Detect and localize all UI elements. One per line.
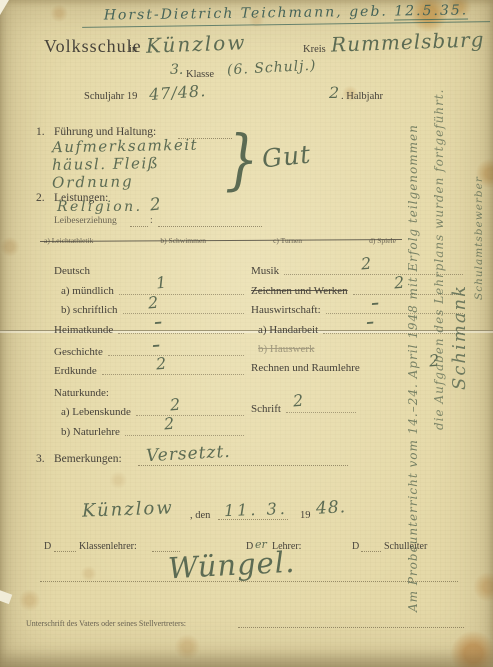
subjects-left-column: Deutsch a) mündlich 1 b) schriftlich 2 H… <box>54 259 250 439</box>
margin-note-outer: Am Probeunterricht vom 14.–24. April 194… <box>406 132 424 612</box>
conduct-brace: } <box>225 129 259 192</box>
date-place-handwritten: Künzlow <box>82 497 174 521</box>
year-printed: 19 <box>300 510 311 521</box>
klassenlehrer-label: Klassenlehrer: <box>79 541 137 552</box>
leader-dots <box>119 293 244 295</box>
pe-colon: : <box>150 215 153 226</box>
subject-label: Deutsch <box>54 264 90 278</box>
in-label: in <box>129 44 137 55</box>
subject-label: Naturkunde: <box>54 386 109 400</box>
subject-row: Naturkunde: <box>54 380 250 399</box>
religion-handwritten: Religion. <box>57 199 143 215</box>
margin-signature: Schimank <box>449 130 473 390</box>
pe-label: Leibeserziehung <box>54 216 117 226</box>
subject-label: Hauswirtschaft: <box>251 303 321 317</box>
date-daymonth-handwritten: 11. 3. <box>224 499 288 520</box>
section2-number: 2. <box>36 192 45 204</box>
leader-dots <box>102 373 244 375</box>
subject-label: a) Lebenskunde <box>54 405 131 419</box>
leader-dots <box>125 434 244 436</box>
conduct-item-3: Ordnung <box>52 172 134 191</box>
leader-dots <box>54 550 76 552</box>
d1-label: D <box>44 541 51 552</box>
year-handwritten: 48. <box>315 497 346 519</box>
leader-dots <box>361 550 381 552</box>
subject-grade: 2 <box>163 414 176 434</box>
subject-grade: – <box>365 312 376 332</box>
school-type-label: Volksschule <box>44 36 142 57</box>
class-label: Klasse <box>186 69 214 80</box>
conduct-item-2: häusl. Fleiß <box>52 154 160 174</box>
subject-row: Erdkunde 2 <box>54 359 250 378</box>
subject-label-struck: b) Hauswerk <box>251 342 315 356</box>
leader-dots <box>118 332 244 334</box>
halbjahr-label: . Halbjahr <box>341 91 383 102</box>
schuljahr-handwritten: 47/48. <box>148 81 206 104</box>
margin-note-inner: die Aufgaben des Lehrplans wurden fortge… <box>432 130 448 430</box>
subject-grade: – <box>151 334 162 354</box>
subject-row: b) schriftlich 2 <box>54 298 250 317</box>
subject-row: a) Lebenskunde 2 <box>54 400 250 419</box>
leader-dots <box>286 411 356 413</box>
kreis-label: Kreis <box>303 44 326 55</box>
remark-handwritten: Versetzt. <box>146 442 232 466</box>
schuljahr-label: Schuljahr 19 <box>84 91 137 102</box>
school-place-handwritten: Künzlow <box>146 30 247 57</box>
subject-label: Heimatkunde <box>54 323 113 337</box>
subject-label: Rechnen und Raumlehre <box>251 361 360 375</box>
subject-label: Erdkunde <box>54 364 97 378</box>
leader-dots <box>130 225 148 227</box>
conduct-item-1: Aufmerksamkeit <box>52 136 198 157</box>
subject-grade: – <box>153 312 164 332</box>
pe-sub-4: d) Spiele <box>369 236 396 245</box>
den-label: , den <box>190 510 210 521</box>
section1-number: 1. <box>36 126 45 138</box>
conduct-grade-handwritten: Gut <box>261 140 313 174</box>
subject-label: Musik <box>251 264 279 278</box>
pupil-name-line: Horst-Dietrich Teichmann, geb. 12.5.35. <box>82 2 490 28</box>
subject-label: b) Naturlehre <box>54 425 120 439</box>
subject-grade: 2 <box>147 292 160 312</box>
subject-grade: – <box>370 292 381 312</box>
class-note-handwritten: (6. Schulj.) <box>227 58 317 79</box>
subject-label: a) mündlich <box>54 284 114 298</box>
margin-role: Schulamtsbewerber <box>473 110 486 300</box>
torn-corner <box>0 0 9 15</box>
leader-dots <box>123 312 244 314</box>
subject-grade: 2 <box>155 354 168 374</box>
subject-row: b) Naturlehre 2 <box>54 419 250 438</box>
subject-label: a) Handarbeit <box>251 323 318 337</box>
pupil-name: Horst-Dietrich Teichmann, geb. <box>104 4 388 24</box>
subject-grade: 2 <box>360 254 373 274</box>
report-card-scan: Horst-Dietrich Teichmann, geb. 12.5.35. … <box>0 0 493 667</box>
subject-grade: 2 <box>393 273 406 293</box>
subject-grade: 2 <box>292 391 305 411</box>
subject-row: Geschichte – <box>54 340 250 359</box>
subject-row: Heimatkunde – <box>54 317 250 336</box>
section3-title: Bemerkungen: <box>54 453 122 465</box>
leader-dots <box>238 626 464 628</box>
leader-dots <box>136 414 244 416</box>
pupil-birthdate: 12.5.35. <box>394 2 468 20</box>
subject-label: b) schriftlich <box>54 303 118 317</box>
torn-edge-nick <box>0 590 12 604</box>
subject-label-struck: Zeichnen und Werken <box>251 284 348 298</box>
subject-grade: 2 <box>169 394 182 414</box>
class-number-handwritten: 3. <box>170 62 183 78</box>
leader-dots <box>158 225 262 227</box>
religion-grade-handwritten: 2 <box>149 194 162 215</box>
leader-dots <box>40 580 458 582</box>
leader-dots <box>218 518 288 520</box>
d3-label: D <box>352 541 359 552</box>
leader-dots <box>108 354 244 356</box>
halbjahr-number-handwritten: 2 <box>329 83 339 102</box>
section3-number: 3. <box>36 453 45 465</box>
subject-label: Schrift <box>251 402 281 416</box>
kreis-handwritten: Rummelsburg <box>331 27 485 56</box>
subject-row: Deutsch <box>54 259 250 278</box>
subject-label: Geschichte <box>54 345 103 359</box>
subject-grade: 1 <box>155 273 168 293</box>
footer-guardian-label: Unterschrift des Vaters oder seines Stel… <box>26 619 186 628</box>
